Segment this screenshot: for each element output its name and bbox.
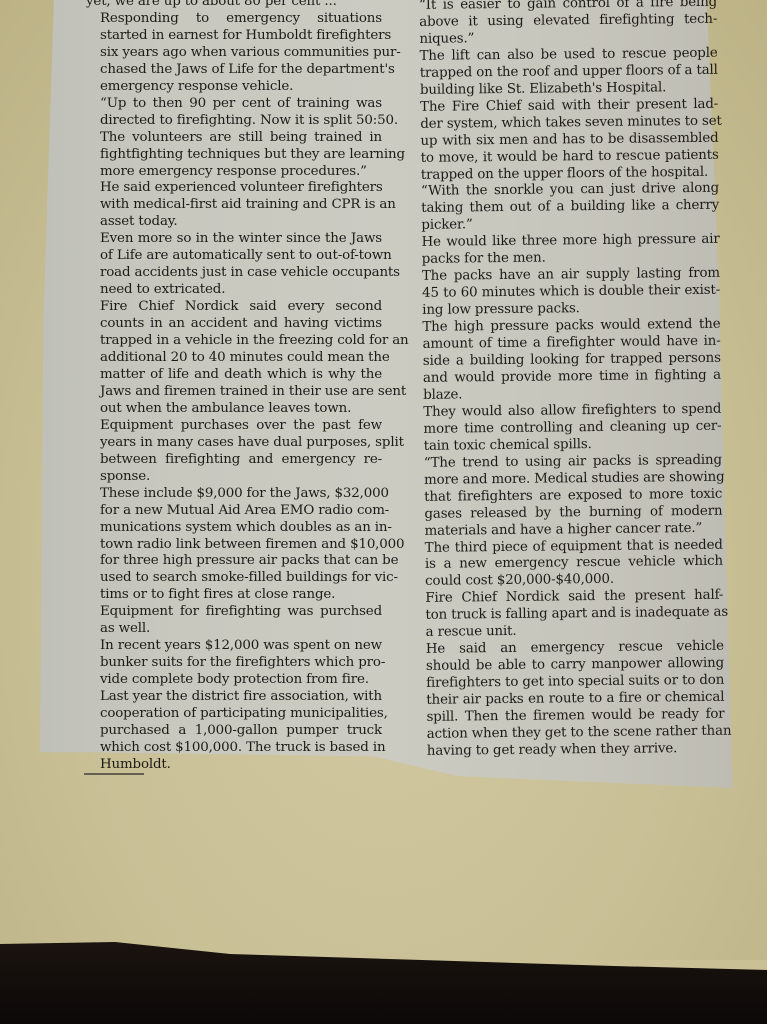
- text-line: Fire Chief Nordick said every second: [86, 299, 382, 316]
- text-line: counts in an accident and having victims: [86, 316, 382, 333]
- text-line: vide complete body protection from fire.: [86, 672, 382, 689]
- article-paragraph: In recent years $12,000 was spent on new…: [86, 638, 382, 689]
- article-paragraph: Fire Chief Nordick said every secondcoun…: [86, 299, 382, 418]
- text-line: directed to firefighting. Now it is spli…: [86, 113, 382, 130]
- text-line: matter of life and death which is why th…: [86, 367, 382, 384]
- article-paragraph: Responding to emergency situationsstarte…: [86, 11, 382, 96]
- text-line: and would provide more time in fighting …: [409, 368, 721, 388]
- text-line: started in earnest for Humboldt firefigh…: [86, 28, 382, 45]
- text-line: additional 20 to 40 minutes could mean t…: [86, 350, 382, 367]
- article-paragraph: The lift can also be used to rescue peop…: [406, 46, 719, 100]
- article-paragraph: Last year the district fire association,…: [86, 689, 382, 774]
- article-paragraph: Equipment for firefighting was purchseda…: [86, 604, 382, 638]
- text-line: chased the Jaws of Life for the departme…: [86, 62, 382, 79]
- text-line: cooperation of participating municipalit…: [86, 706, 382, 723]
- article-paragraph: He would like three more high pressure a…: [407, 232, 719, 269]
- article-paragraph: “The trend to using air packs is spreadi…: [410, 452, 723, 540]
- article-paragraph: yet, we are up to about 80 per cent ...: [86, 0, 382, 11]
- text-line: Jaws and firemen trained in their use ar…: [86, 384, 382, 401]
- article-paragraph: He said an emergency rescue vehicleshoul…: [412, 639, 725, 761]
- article-paragraph: Equipment purchases over the past fewyea…: [86, 418, 382, 486]
- text-line: tims or to fight fires at close range.: [86, 587, 382, 604]
- text-line: more time controlling and cleaning up ce…: [409, 419, 721, 439]
- text-line: ton truck is falling apart and is inadeq…: [411, 605, 723, 625]
- text-line: 45 to 60 minutes which is double their e…: [408, 283, 720, 303]
- text-line: Responding to emergency situations: [86, 11, 382, 28]
- text-line: trapped on the roof and upper floors of …: [406, 63, 718, 83]
- text-line: Equipment purchases over the past few: [86, 418, 382, 435]
- text-line: yet, we are up to about 80 per cent ...: [86, 0, 382, 11]
- article-paragraph: They would also allow firefighters to sp…: [409, 402, 722, 456]
- text-line: having to get ready when they arrive.: [413, 741, 725, 761]
- text-line: trapped in a vehicle in the freezing col…: [86, 333, 382, 350]
- text-line: action when they get to the scene rather…: [413, 724, 725, 744]
- article-paragraph: “It is easier to gain control of a fire …: [405, 0, 718, 49]
- text-line: for a new Mutual Aid Area EMO radio com-: [86, 503, 382, 520]
- text-line: of Life are automatically sent to out-of…: [86, 248, 382, 265]
- article-paragraph: Even more so in the winter since the Jaw…: [86, 231, 382, 299]
- article-column-right: “It is easier to gain control of a fire …: [405, 0, 725, 761]
- text-line: emergency response vehicle.: [86, 79, 382, 96]
- text-line: which cost $100,000. The truck is based …: [86, 740, 382, 757]
- text-line: road accidents just in case vehicle occu…: [86, 265, 382, 282]
- text-line: town radio link between firemen and $10,…: [86, 537, 382, 554]
- text-line: as well.: [86, 621, 382, 638]
- text-line: sponse.: [86, 469, 382, 486]
- text-line: munications system which doubles as an i…: [86, 520, 382, 537]
- text-line: purchased a 1,000-gallon pumper truck: [86, 723, 382, 740]
- column-end-rule: [84, 773, 144, 775]
- article-paragraph: “Up to then 90 per cent of training wasd…: [86, 96, 382, 181]
- article-paragraph: He said experienced volunteer firefighte…: [86, 180, 382, 231]
- article-paragraph: “With the snorkle you can just drive alo…: [407, 181, 720, 235]
- text-line: out when the ambulance leaves town.: [86, 401, 382, 418]
- text-line: fightfighting techniques but they are le…: [86, 147, 382, 164]
- text-line: He said experienced volunteer firefighte…: [86, 180, 382, 197]
- text-line: six years ago when various communities p…: [86, 45, 382, 62]
- article-paragraph: The high pressure packs would extend the…: [408, 317, 721, 405]
- text-line: Humboldt.: [86, 757, 382, 774]
- text-line: The volunteers are still being trained i…: [86, 130, 382, 147]
- text-line: for three high pressure air packs that c…: [86, 553, 382, 570]
- text-line: In recent years $12,000 was spent on new: [86, 638, 382, 655]
- text-line: more emergency response procedures.”: [86, 164, 382, 181]
- text-line: between firefighting and emergency re-: [86, 452, 382, 469]
- text-line: Last year the district fire association,…: [86, 689, 382, 706]
- text-line: Equipment for firefighting was purchsed: [86, 604, 382, 621]
- article-paragraph: The Fire Chief said with their present l…: [406, 96, 719, 184]
- text-line: with medical-first aid training and CPR …: [86, 197, 382, 214]
- article-paragraph: The third piece of equipment that is nee…: [411, 537, 724, 591]
- article-paragraph: Fire Chief Nordick said the present half…: [411, 588, 724, 642]
- article-paragraph: These include $9,000 for the Jaws, $32,0…: [86, 486, 382, 605]
- text-line: “Up to then 90 per cent of training was: [86, 96, 382, 113]
- article-column-left: yet, we are up to about 80 per cent ...R…: [86, 0, 382, 774]
- text-line: asset today.: [86, 214, 382, 231]
- text-line: years in many cases have dual purposes, …: [86, 435, 382, 452]
- text-line: used to search smoke-filled buildings fo…: [86, 570, 382, 587]
- text-line: Even more so in the winter since the Jaw…: [86, 231, 382, 248]
- text-line: bunker suits for the firefighters which …: [86, 655, 382, 672]
- text-line: These include $9,000 for the Jaws, $32,0…: [86, 486, 382, 503]
- text-line: need to extricated.: [86, 282, 382, 299]
- article-paragraph: The packs have an air supply lasting fro…: [408, 266, 721, 320]
- text-line: above it using elevated firefighting tec…: [405, 12, 717, 32]
